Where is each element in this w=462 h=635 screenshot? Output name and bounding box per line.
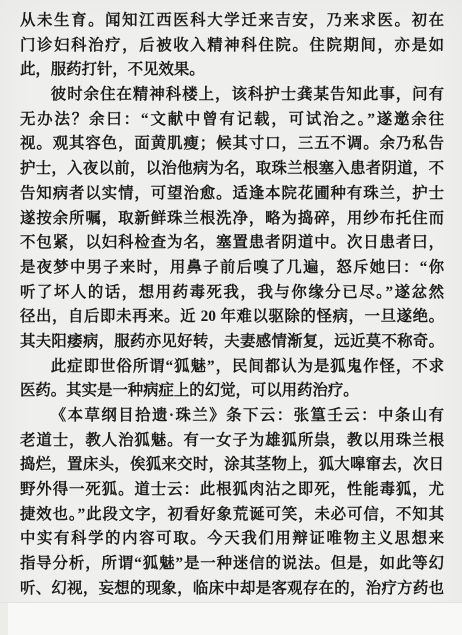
text-line: 野外得一死狐。道士云：此根狐肉沾之即死，性能毒狐，尤 (20, 478, 444, 503)
text-line: 门诊妇科治疗，后被收入精神科住院。住院期间，亦是如 (20, 34, 444, 59)
text-line: 此症即世俗所谓“狐魅”，民间都认为是狐鬼作怪，不求 (20, 355, 444, 380)
text-line: 听了坏人的话，想用药毒死我，我与你缘分已尽。”遂忿然 (20, 281, 444, 306)
text-line: 视。观其容色，面黄肌瘦；候其寸口，三五不调。余乃私告 (20, 132, 444, 157)
text-line: 听、幻视，妄想的现象，临床中却是客观存在的，治疗方药也 (20, 577, 444, 602)
text-line: 告知病者以实情，可望治愈。适逢本院花圃种有珠兰，护士 (20, 182, 444, 207)
text-line: 不包紧，以妇科检查为名，塞置患者阴道中。次日患者曰， (20, 231, 444, 256)
text-line: 无办法？余曰：“文献中曾有记载，可试治之。”遂邀余往 (20, 108, 444, 133)
text-line: 从未生育。闻知江西医科大学迁来吉安，乃来求医。初在 (20, 9, 444, 34)
text-line: 是夜梦中男子来时，用鼻子前后嗅了几遍，怒斥她曰：“你 (20, 256, 444, 281)
text-line: 医药。其实是一种病症上的幻觉，可以用药治疗。 (20, 379, 444, 404)
page-bottom-margin (0, 602, 462, 635)
text-line: 指导分析，所谓“狐魅”是一种迷信的说法。但是，如此等幻 (20, 552, 444, 577)
text-line: 彼时余住在精神科楼上，该科护士龚某告知此事，问有 (20, 83, 444, 108)
text-line: 径出，自后即未再来。近 20 年难以驱除的怪病，一旦遂绝。 (20, 305, 444, 330)
body-text-column: 从未生育。闻知江西医科大学迁来吉安，乃来求医。初在门诊妇科治疗，后被收入精神科住… (20, 9, 444, 602)
text-line: 中实有科学的内容可取。今天我们用辩证唯物主义思想来 (20, 527, 444, 552)
text-line: 《本草纲目拾遗·珠兰》条下云：张篁壬云：中条山有 (20, 404, 444, 429)
text-line: 护士，入夜以前，以治他病为名，取珠兰根塞入患者阴道，不 (20, 157, 444, 182)
text-line: 遂按余所嘱，取新鲜珠兰根洗净，略为捣碎，用纱布托住而 (20, 207, 444, 232)
text-line: 此，服药打针，不见效果。 (20, 58, 444, 83)
text-line: 捷效也。”此段文字，初看好象荒诞可笑，未必可信，不知其 (20, 503, 444, 528)
scanned-page: 从未生育。闻知江西医科大学迁来吉安，乃来求医。初在门诊妇科治疗，后被收入精神科住… (0, 0, 462, 635)
text-line: 其夫阳痿病，服药亦见好转，夫妻感情渐复，远近莫不称奇。 (20, 330, 444, 355)
text-line: 老道士，教人治狐魅。有一女子为雄狐所祟，教以用珠兰根 (20, 429, 444, 454)
text-line: 捣烂，置床头，俟狐来交时，涂其茎物上，狐大嗥窜去，次日 (20, 453, 444, 478)
